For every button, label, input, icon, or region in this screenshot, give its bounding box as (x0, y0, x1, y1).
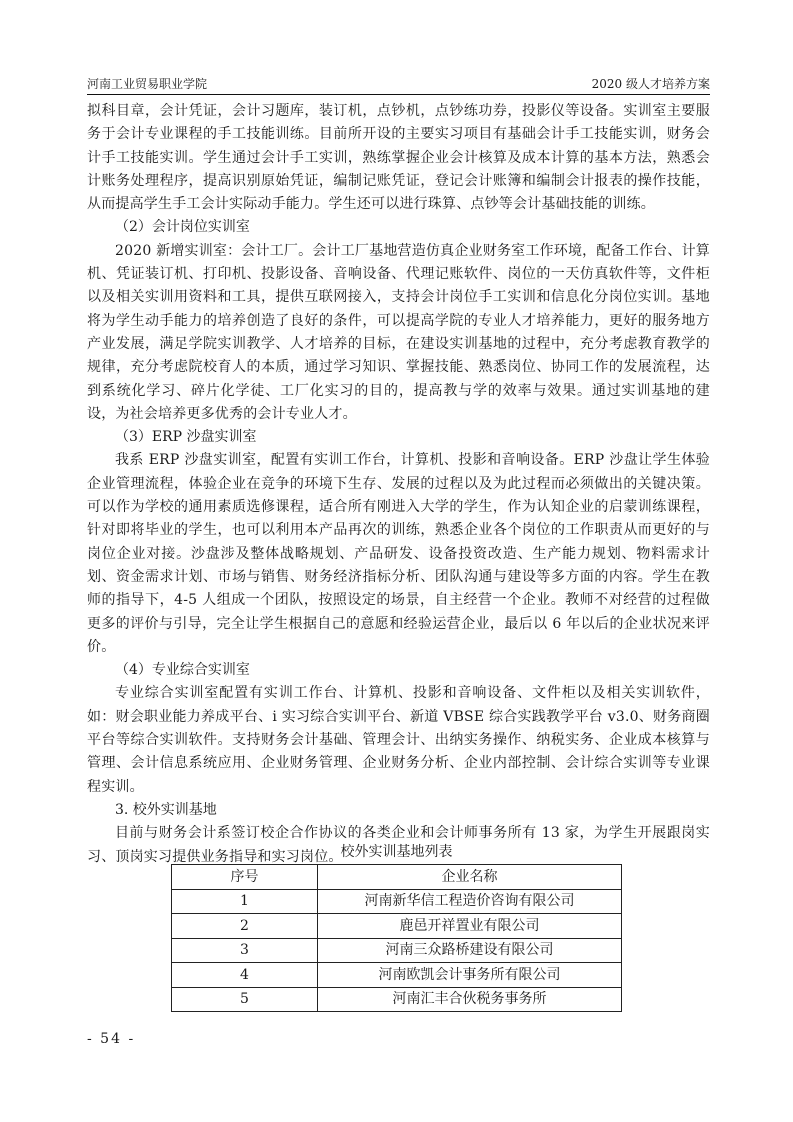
cell-company: 河南汇丰合伙税务事务所 (318, 987, 622, 1012)
table-row: 2 鹿邑开祥置业有限公司 (172, 914, 622, 939)
page-number: - 54 - (87, 1031, 135, 1047)
off-campus-base-table: 序号 企业名称 1 河南新华信工程造价咨询有限公司 2 鹿邑开祥置业有限公司 3… (171, 864, 622, 1012)
table-caption: 校外实训基地列表 (171, 842, 622, 862)
body-text: 拟科目章，会计凭证，会计习题库，装订机，点钞机，点钞练功券，投影仪等设备。实训室… (87, 100, 710, 869)
cell-company: 鹿邑开祥置业有限公司 (318, 914, 622, 939)
running-header: 河南工业贸易职业学院 2020 级人才培养方案 (87, 76, 710, 94)
cell-number: 2 (172, 914, 318, 939)
institution-name: 河南工业贸易职业学院 (87, 76, 207, 92)
cell-company: 河南新华信工程造价咨询有限公司 (318, 889, 622, 914)
section-heading-comprehensive-lab: （4）专业综合实训室 (87, 659, 710, 682)
table-header-row: 序号 企业名称 (172, 865, 622, 890)
cell-company: 河南三众路桥建设有限公司 (318, 938, 622, 963)
paragraph-accounting-factory: 2020 新增实训室：会计工厂。会计工厂基地营造仿真企业财务室工作环境，配备工作… (87, 240, 710, 426)
cell-number: 5 (172, 987, 318, 1012)
cell-number: 1 (172, 889, 318, 914)
section-heading-off-campus-base: 3. 校外实训基地 (87, 799, 710, 822)
paragraph-comprehensive-lab: 专业综合实训室配置有实训工作台、计算机、投影和音响设备、文件柜以及相关实训软件，… (87, 682, 710, 798)
table-row: 1 河南新华信工程造价咨询有限公司 (172, 889, 622, 914)
document-title: 2020 级人才培养方案 (592, 76, 710, 92)
cell-company: 河南欧凯会计事务所有限公司 (318, 963, 622, 988)
table-row: 5 河南汇丰合伙税务事务所 (172, 987, 622, 1012)
table-row: 3 河南三众路桥建设有限公司 (172, 938, 622, 963)
table-row: 4 河南欧凯会计事务所有限公司 (172, 963, 622, 988)
cell-number: 3 (172, 938, 318, 963)
header-rule (87, 94, 710, 95)
paragraph-manual-training: 拟科目章，会计凭证，会计习题库，装订机，点钞机，点钞练功券，投影仪等设备。实训室… (87, 100, 710, 216)
paragraph-erp-sandbox: 我系 ERP 沙盘实训室，配置有实训工作台，计算机、投影和音响设备。ERP 沙盘… (87, 449, 710, 659)
section-heading-accounting-post-lab: （2）会计岗位实训室 (87, 216, 710, 239)
column-header-number: 序号 (172, 865, 318, 890)
cell-number: 4 (172, 963, 318, 988)
column-header-company: 企业名称 (318, 865, 622, 890)
section-heading-erp-sandbox-lab: （3）ERP 沙盘实训室 (87, 426, 710, 449)
